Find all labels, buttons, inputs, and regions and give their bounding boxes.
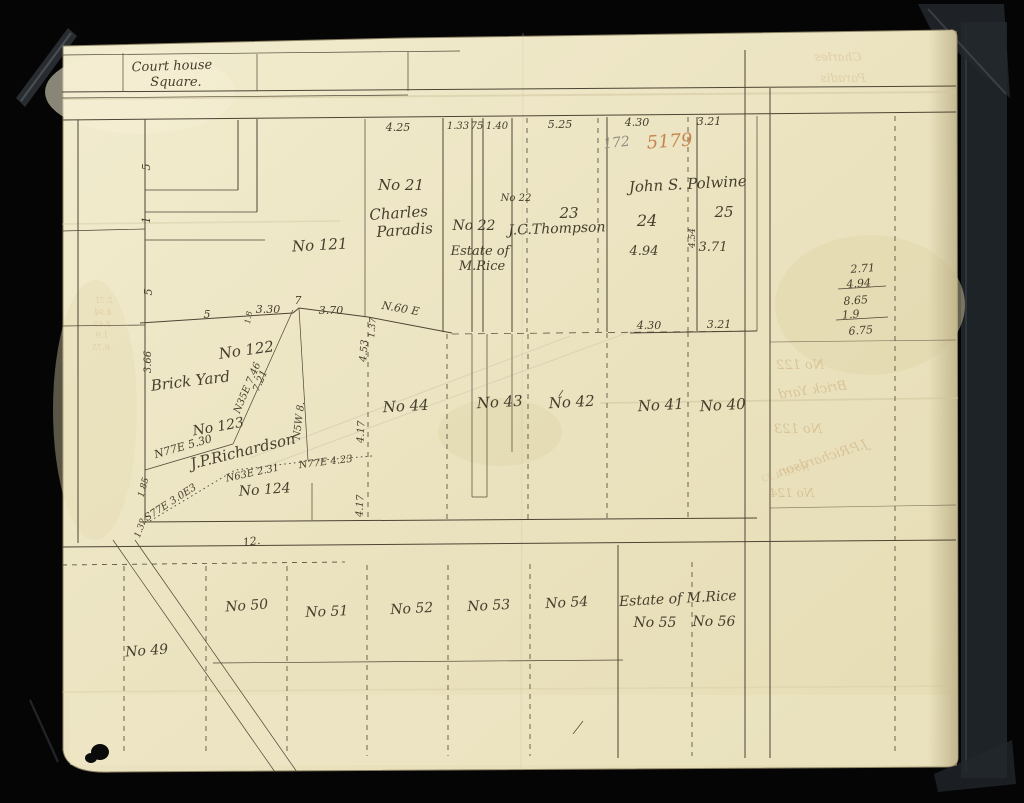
lot-number: No 43 (475, 392, 523, 412)
measurement: 3.71 (699, 240, 728, 255)
lot-number: 23 (558, 204, 578, 222)
courthouse-label: Court house (131, 58, 212, 76)
bleed-text: 6.75 (92, 343, 110, 352)
bleed-text: Charles (815, 50, 862, 64)
measurement: 5 (204, 308, 211, 321)
lot-number: No 55 (633, 615, 677, 631)
measurement: 4.54 (688, 228, 698, 249)
measurement: 4.53 (358, 339, 371, 363)
measurement: 3.70 (319, 304, 344, 317)
measurement: 3.66 (143, 350, 154, 373)
scanned-survey-map: Court house Square. 4.25 1.33 75 1.40 5.… (0, 0, 1024, 803)
arithmetic-row: 8.65 (843, 293, 868, 308)
measurement: 4.25 (385, 121, 411, 134)
measurement: 7 (295, 294, 302, 307)
measurement: 3.21 (697, 115, 722, 128)
measurement: 1.40 (486, 121, 509, 132)
lot-number: No 42 (547, 392, 595, 412)
measurement: 1 (140, 217, 153, 224)
lot-number: No 53 (466, 597, 511, 615)
lot-number-small: No 22 (500, 193, 532, 204)
measurement: 4.30 (636, 319, 662, 332)
lot-number: No 50 (224, 597, 269, 616)
lot-number: 24 (636, 211, 657, 230)
measurement: 1.33 (447, 121, 469, 132)
survey-map-canvas: Court house Square. 4.25 1.33 75 1.40 5.… (0, 0, 1024, 803)
measurement: 4.17 (355, 420, 367, 444)
measurement: 4.94 (629, 244, 659, 259)
measurement: 3.21 (707, 318, 732, 331)
lot-number: No 21 (377, 176, 424, 194)
owner-name: Estate of (450, 244, 512, 259)
bleed-text: 2.71 (95, 296, 114, 305)
street-width-label: 12. (242, 534, 261, 549)
lot-number: No 40 (698, 395, 746, 415)
arithmetic-row: 4.94 (845, 276, 871, 291)
lot-number: No 41 (636, 395, 684, 415)
measurement: 1.37 (367, 317, 379, 338)
lot-number: No 56 (692, 614, 736, 630)
measurement: 5 (140, 164, 153, 171)
lot-number: No 121 (291, 235, 348, 256)
lot-number: No 52 (389, 600, 434, 618)
measurement: 5.25 (548, 118, 573, 131)
measurement: 75 (471, 121, 484, 132)
bleed-text: No 123 (774, 422, 823, 437)
measurement: 4.30 (624, 116, 650, 129)
lot-number: 25 (713, 203, 733, 221)
measurement: 3.30 (256, 303, 281, 316)
bleed-text: 4.94 (94, 308, 113, 317)
bleed-text: 1.9 (96, 331, 109, 340)
bleed-text: No 122 (776, 358, 825, 373)
lot-number: No 49 (124, 642, 169, 661)
measurement: 5 (142, 289, 155, 296)
lot-number: No 51 (304, 603, 348, 621)
lot-number: No 44 (381, 396, 429, 416)
glass-edge-right (961, 22, 1007, 778)
pencil-number-orange: 5179 (646, 129, 693, 153)
pencil-number: 172 (602, 134, 630, 153)
lot-number: No 22 (452, 218, 496, 234)
measurement: 4.17 (354, 494, 366, 518)
arithmetic-row: 1.9 (842, 307, 860, 321)
courthouse-label: Square. (150, 75, 201, 90)
arithmetic-row: 6.75 (848, 323, 873, 338)
bleed-text: 8.65 (93, 320, 111, 329)
arithmetic-row: 2.71 (849, 261, 875, 276)
owner-name: M.Rice (458, 259, 506, 274)
bleed-text: Paradis (820, 71, 866, 85)
lot-number: No 54 (544, 594, 589, 612)
bleed-text: No 124 (770, 486, 815, 500)
